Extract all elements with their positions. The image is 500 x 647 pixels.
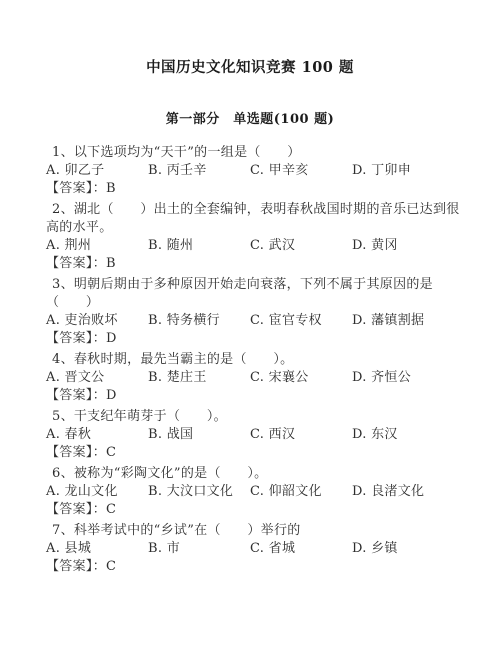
option-a: A. 龙山文化 [46,483,136,501]
option-d: D. 乡镇 [352,540,398,558]
option-b: B. 丙壬辛 [148,162,238,180]
option-b: B. 市 [148,540,238,558]
question-text: 4、春秋时期，最先当霸主的是（ ）。 [46,351,470,369]
question-item-5: 5、干支纪年萌芽于（ ）。 A. 春秋 B. 战国 C. 西汉 D. 东汉 【答… [46,408,470,462]
option-b: B. 大汶口文化 [148,483,238,501]
answer-label: 【答案】： [46,331,106,346]
question-text: 2、湖北（ ）出土的全套编钟，表明春秋战国时期的音乐已达到很高的水平。 [46,201,470,237]
options-row: A. 卯乙子 B. 丙壬辛 C. 甲辛亥 D. 丁卯申 [46,162,470,180]
option-c: C. 西汉 [250,426,340,444]
question-item-3: 3、明朝后期由于多种原因开始走向衰落，下列不属于其原因的是（ ） A. 吏治败坏… [46,276,470,348]
options-row: A. 吏治败坏 B. 特务横行 C. 宦官专权 D. 藩镇割据 [46,312,470,330]
document-page: 中国历史文化知识竞赛 100 题 第一部分 单选题(100 题) 1、以下选项均… [0,0,500,647]
answer-value: C [106,445,116,460]
question-text: 3、明朝后期由于多种原因开始走向衰落，下列不属于其原因的是（ ） [46,276,470,312]
option-b: B. 随州 [148,237,238,255]
answer-label: 【答案】： [46,445,106,460]
option-a: A. 荆州 [46,237,136,255]
answer-value: C [106,502,116,517]
option-d: D. 黄冈 [352,237,398,255]
answer-value: B [106,181,116,196]
option-d: D. 齐恒公 [352,369,411,387]
section-heading: 第一部分 单选题(100 题) [0,111,500,129]
answer-label: 【答案】： [46,388,106,403]
answer-line: 【答案】：C [46,501,470,519]
option-d: D. 良渚文化 [352,483,424,501]
answer-value: D [106,331,117,346]
options-row: A. 春秋 B. 战国 C. 西汉 D. 东汉 [46,426,470,444]
option-d: D. 藩镇割据 [352,312,424,330]
answer-line: 【答案】：C [46,444,470,462]
options-row: A. 晋文公 B. 楚庄王 C. 宋襄公 D. 齐恒公 [46,369,470,387]
option-c: C. 武汉 [250,237,340,255]
answer-line: 【答案】：D [46,330,470,348]
answer-label: 【答案】： [46,502,106,517]
question-item-4: 4、春秋时期，最先当霸主的是（ ）。 A. 晋文公 B. 楚庄王 C. 宋襄公 … [46,351,470,405]
option-b: B. 特务横行 [148,312,238,330]
question-text: 7、科举考试中的“乡试”在（ ）举行的 [46,522,470,540]
answer-value: C [106,559,116,574]
question-text: 1、以下选项均为“天干”的一组是（ ） [46,144,470,162]
document-title: 中国历史文化知识竞赛 100 题 [0,0,500,78]
options-row: A. 荆州 B. 随州 C. 武汉 D. 黄冈 [46,237,470,255]
question-text: 5、干支纪年萌芽于（ ）。 [46,408,470,426]
question-item-1: 1、以下选项均为“天干”的一组是（ ） A. 卯乙子 B. 丙壬辛 C. 甲辛亥… [46,144,470,198]
answer-line: 【答案】：B [46,180,470,198]
option-b: B. 楚庄王 [148,369,238,387]
option-d: D. 东汉 [352,426,398,444]
answer-label: 【答案】： [46,256,106,271]
answer-value: B [106,256,116,271]
option-c: C. 仰韶文化 [250,483,340,501]
option-c: C. 甲辛亥 [250,162,340,180]
option-a: A. 县城 [46,540,136,558]
option-b: B. 战国 [148,426,238,444]
question-list: 1、以下选项均为“天干”的一组是（ ） A. 卯乙子 B. 丙壬辛 C. 甲辛亥… [0,144,500,576]
option-a: A. 卯乙子 [46,162,136,180]
option-a: A. 晋文公 [46,369,136,387]
option-a: A. 春秋 [46,426,136,444]
answer-label: 【答案】： [46,181,106,196]
answer-label: 【答案】： [46,559,106,574]
answer-line: 【答案】：C [46,558,470,576]
option-c: C. 省城 [250,540,340,558]
question-text: 6、被称为“彩陶文化”的是（ ）。 [46,465,470,483]
answer-value: D [106,388,117,403]
option-a: A. 吏治败坏 [46,312,136,330]
question-item-6: 6、被称为“彩陶文化”的是（ ）。 A. 龙山文化 B. 大汶口文化 C. 仰韶… [46,465,470,519]
answer-line: 【答案】：D [46,387,470,405]
options-row: A. 县城 B. 市 C. 省城 D. 乡镇 [46,540,470,558]
question-item-7: 7、科举考试中的“乡试”在（ ）举行的 A. 县城 B. 市 C. 省城 D. … [46,522,470,576]
option-c: C. 宋襄公 [250,369,340,387]
options-row: A. 龙山文化 B. 大汶口文化 C. 仰韶文化 D. 良渚文化 [46,483,470,501]
answer-line: 【答案】：B [46,255,470,273]
option-d: D. 丁卯申 [352,162,411,180]
option-c: C. 宦官专权 [250,312,340,330]
question-item-2: 2、湖北（ ）出土的全套编钟，表明春秋战国时期的音乐已达到很高的水平。 A. 荆… [46,201,470,273]
